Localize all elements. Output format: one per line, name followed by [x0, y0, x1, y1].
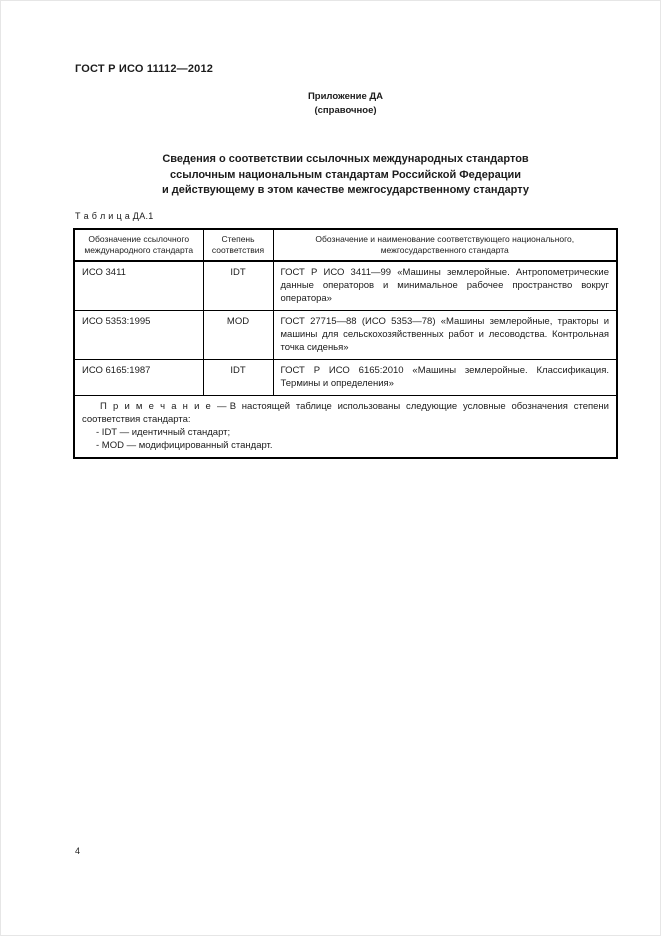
header-referenced-standard: Обозначение ссылочного международного ст… [74, 229, 203, 261]
cell-description: ГОСТ 27715—88 (ИСО 5353—78) «Машины земл… [273, 311, 617, 360]
annex-heading: Приложение ДА (справочное) [73, 90, 618, 118]
document-code: ГОСТ Р ИСО 11112—2012 [75, 63, 213, 75]
section-title-line-1: Сведения о соответствии ссылочных междун… [73, 152, 618, 168]
table-note: П р и м е ч а н и е —В настоящей таблице… [74, 396, 617, 459]
cell-description: ГОСТ Р ИСО 6165:2010 «Машины землеройные… [273, 360, 617, 396]
cell-standard: ИСО 5353:1995 [74, 311, 203, 360]
table-row: ИСО 3411 IDT ГОСТ Р ИСО 3411—99 «Машины … [74, 261, 617, 311]
section-title: Сведения о соответствии ссылочных междун… [73, 152, 618, 199]
cell-standard: ИСО 6165:1987 [74, 360, 203, 396]
page-number: 4 [75, 846, 80, 856]
table-header-row: Обозначение ссылочного международного ст… [74, 229, 617, 261]
cell-degree: IDT [203, 261, 273, 311]
correspondence-table: Обозначение ссылочного международного ст… [73, 228, 618, 459]
note-item-mod: - MOD — модифицированный стандарт. [82, 439, 609, 452]
cell-standard: ИСО 3411 [74, 261, 203, 311]
note-label: П р и м е ч а н и е — [100, 401, 227, 412]
section-title-line-2: ссылочным национальным стандартам Россий… [73, 168, 618, 184]
cell-description: ГОСТ Р ИСО 3411—99 «Машины землеройные. … [273, 261, 617, 311]
cell-degree: MOD [203, 311, 273, 360]
annex-subtitle: (справочное) [73, 104, 618, 118]
cell-degree: IDT [203, 360, 273, 396]
note-paragraph: П р и м е ч а н и е —В настоящей таблице… [82, 400, 609, 426]
header-national-standard: Обозначение и наименование соответствующ… [273, 229, 617, 261]
document-page: { "page": { "doc_code": "ГОСТ Р ИСО 1111… [0, 0, 661, 936]
table-label: Т а б л и ц а ДА.1 [75, 211, 154, 221]
note-item-idt: - IDT — идентичный стандарт; [82, 426, 609, 439]
table-row: ИСО 6165:1987 IDT ГОСТ Р ИСО 6165:2010 «… [74, 360, 617, 396]
section-title-line-3: и действующему в этом качестве межгосуда… [73, 183, 618, 199]
table-row: ИСО 5353:1995 MOD ГОСТ 27715—88 (ИСО 535… [74, 311, 617, 360]
annex-title: Приложение ДА [73, 90, 618, 104]
table-note-row: П р и м е ч а н и е —В настоящей таблице… [74, 396, 617, 459]
header-degree: Степень соответствия [203, 229, 273, 261]
